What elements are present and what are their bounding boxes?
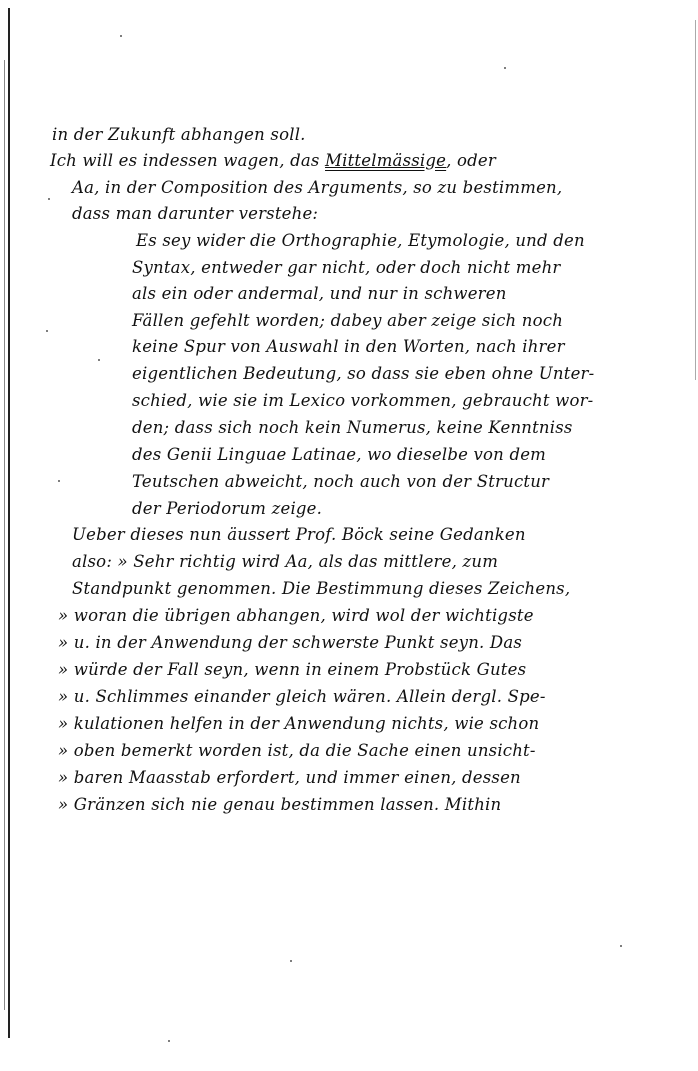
manuscript-line: » oben bemerkt worden ist, da die Sache …	[58, 741, 536, 760]
manuscript-line: als ein oder andermal, und nur in schwer…	[132, 284, 507, 303]
manuscript-line: » woran die übrigen abhangen, wird wol d…	[58, 606, 534, 625]
manuscript-line: Syntax, entweder gar nicht, oder doch ni…	[132, 258, 560, 277]
manuscript-line: » baren Maasstab erfordert, und immer ei…	[58, 768, 521, 787]
manuscript-line: Es sey wider die Orthographie, Etymologi…	[136, 231, 585, 250]
manuscript-line: Ich will es indessen wagen, das Mittelmä…	[50, 151, 496, 170]
manuscript-line: dass man darunter verstehe:	[72, 204, 318, 223]
manuscript-line: also: » Sehr richtig wird Aa, als das mi…	[72, 552, 498, 571]
manuscript-line: Fällen gefehlt worden; dabey aber zeige …	[132, 311, 563, 330]
manuscript-line: » würde der Fall seyn, wenn in einem Pro…	[58, 660, 526, 679]
underlined-term: Mittelmässige	[325, 151, 446, 170]
manuscript-line: Aa, in der Composition des Arguments, so…	[72, 178, 562, 197]
page-binding-edge	[8, 8, 10, 1038]
page-shadow-edge	[4, 60, 5, 1010]
manuscript-line: den; dass sich noch kein Numerus, keine …	[132, 418, 573, 437]
manuscript-line: eigentlichen Bedeutung, so dass sie eben…	[132, 364, 594, 383]
manuscript-line: Standpunkt genommen. Die Bestimmung dies…	[72, 579, 570, 598]
manuscript-line: » u. Schlimmes einander gleich wären. Al…	[58, 687, 546, 706]
manuscript-line: des Genii Linguae Latinae, wo dieselbe v…	[132, 445, 546, 464]
manuscript-line: » kulationen helfen in der Anwendung nic…	[58, 714, 539, 733]
manuscript-line: in der Zukunft abhangen soll.	[52, 125, 306, 144]
manuscript-line: schied, wie sie im Lexico vorkommen, geb…	[132, 391, 593, 410]
manuscript-line: Ueber dieses nun äussert Prof. Böck sein…	[72, 525, 526, 544]
manuscript-line: keine Spur von Auswahl in den Worten, na…	[132, 337, 565, 356]
page-right-edge	[695, 20, 696, 380]
manuscript-page: in der Zukunft abhangen soll.Ich will es…	[0, 0, 698, 1071]
manuscript-line: Teutschen abweicht, noch auch von der St…	[132, 472, 549, 491]
manuscript-line: » u. in der Anwendung der schwerste Punk…	[58, 633, 522, 652]
manuscript-line: der Periodorum zeige.	[132, 499, 322, 518]
manuscript-line: » Gränzen sich nie genau bestimmen lasse…	[58, 795, 501, 814]
